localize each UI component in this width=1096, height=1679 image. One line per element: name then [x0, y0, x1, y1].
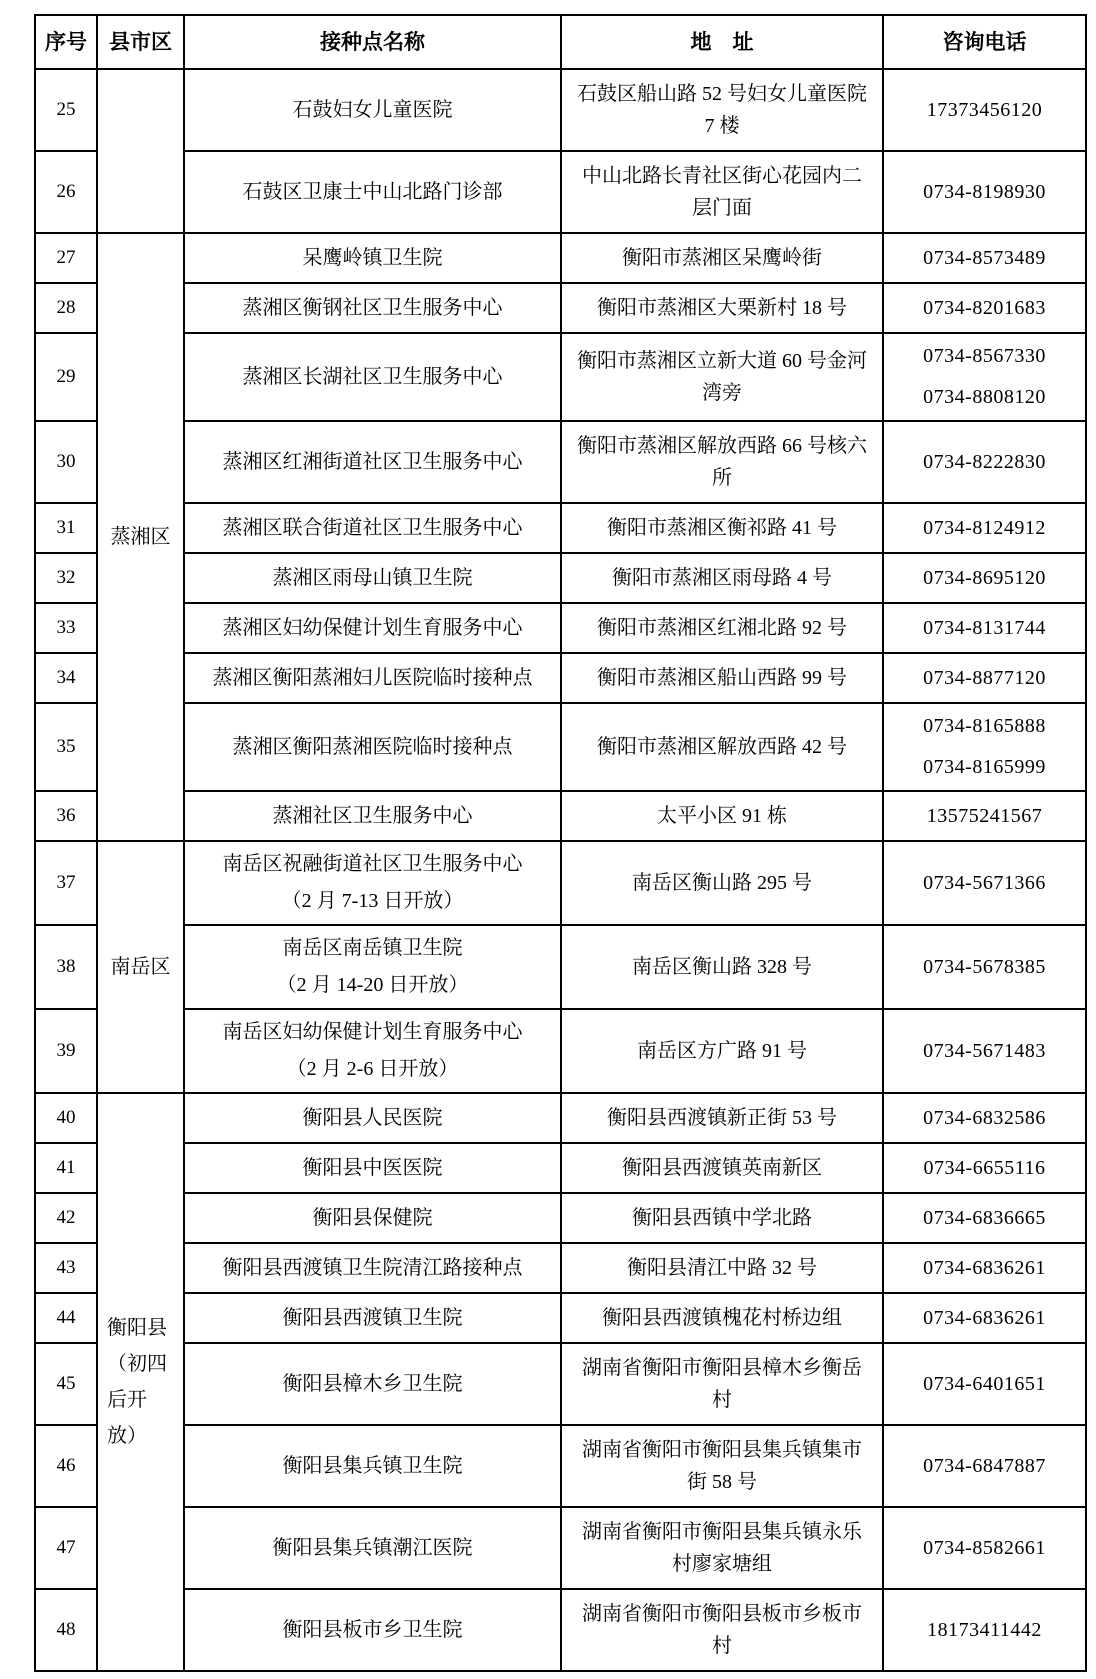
phone-number: 0734-5671366	[888, 869, 1081, 898]
vaccination-sites-table: 序号县市区接种点名称地 址咨询电话 25石鼓妇女儿童医院石鼓区船山路 52 号妇…	[34, 14, 1087, 1672]
county-cell: 蒸湘区	[97, 233, 184, 841]
phone-cell: 0734-8877120	[883, 653, 1086, 703]
row-number-cell: 27	[35, 233, 97, 283]
county-label-line: （初四	[107, 1346, 181, 1382]
site-name-cell: 蒸湘区联合街道社区卫生服务中心	[184, 503, 561, 553]
row-number-cell: 42	[35, 1193, 97, 1243]
site-name-cell: 衡阳县西渡镇卫生院	[184, 1293, 561, 1343]
site-name-line: 蒸湘区妇幼保健计划生育服务中心	[189, 614, 556, 643]
column-header-3: 地 址	[561, 15, 883, 69]
address-cell: 衡阳县西渡镇槐花村桥边组	[561, 1293, 883, 1343]
phone-number: 0734-6401651	[888, 1370, 1081, 1399]
site-name-line: 蒸湘区衡阳蒸湘妇儿医院临时接种点	[189, 664, 556, 693]
address-cell: 湖南省衡阳市衡阳县集兵镇集市街 58 号	[561, 1425, 883, 1507]
site-name-line: 蒸湘区联合街道社区卫生服务中心	[189, 514, 556, 543]
site-name-cell: 石鼓区卫康士中山北路门诊部	[184, 151, 561, 233]
row-number-cell: 43	[35, 1243, 97, 1293]
phone-number: 0734-8198930	[888, 178, 1081, 207]
phone-cell: 0734-8201683	[883, 283, 1086, 333]
column-header-2: 接种点名称	[184, 15, 561, 69]
phone-number: 0734-6847887	[888, 1452, 1081, 1481]
site-name-cell: 蒸湘区衡钢社区卫生服务中心	[184, 283, 561, 333]
address-cell: 衡阳市蒸湘区立新大道 60 号金河湾旁	[561, 333, 883, 421]
address-cell: 衡阳县西镇中学北路	[561, 1193, 883, 1243]
row-number-cell: 37	[35, 841, 97, 925]
table-row: 48衡阳县板市乡卫生院湖南省衡阳市衡阳县板市乡板市村18173411442	[35, 1589, 1086, 1671]
row-number-cell: 45	[35, 1343, 97, 1425]
address-cell: 衡阳市蒸湘区解放西路 42 号	[561, 703, 883, 791]
site-name-cell: 南岳区妇幼保健计划生育服务中心（2 月 2-6 日开放）	[184, 1009, 561, 1093]
site-name-line: 石鼓区卫康士中山北路门诊部	[189, 178, 556, 207]
table-row: 28蒸湘区衡钢社区卫生服务中心衡阳市蒸湘区大栗新村 18 号0734-82016…	[35, 283, 1086, 333]
phone-number: 0734-5678385	[888, 953, 1081, 982]
site-name-cell: 蒸湘社区卫生服务中心	[184, 791, 561, 841]
row-number-cell: 28	[35, 283, 97, 333]
phone-number: 0734-6836665	[888, 1204, 1081, 1233]
site-name-line: 南岳区祝融街道社区卫生服务中心	[189, 850, 556, 879]
row-number-cell: 25	[35, 69, 97, 151]
site-name-line: 衡阳县中医医院	[189, 1154, 556, 1183]
site-name-line: 南岳区南岳镇卫生院	[189, 934, 556, 963]
table-row: 44衡阳县西渡镇卫生院衡阳县西渡镇槐花村桥边组0734-6836261	[35, 1293, 1086, 1343]
site-name-line: 衡阳县人民医院	[189, 1104, 556, 1133]
table-row: 31蒸湘区联合街道社区卫生服务中心衡阳市蒸湘区衡祁路 41 号0734-8124…	[35, 503, 1086, 553]
table-row: 40衡阳县（初四后开放）衡阳县人民医院衡阳县西渡镇新正街 53 号0734-68…	[35, 1093, 1086, 1143]
phone-cell: 0734-8124912	[883, 503, 1086, 553]
phone-cell: 17373456120	[883, 69, 1086, 151]
table-body: 25石鼓妇女儿童医院石鼓区船山路 52 号妇女儿童医院 7 楼173734561…	[35, 69, 1086, 1671]
row-number-cell: 31	[35, 503, 97, 553]
table-row: 26石鼓区卫康士中山北路门诊部中山北路长青社区街心花园内二层门面0734-819…	[35, 151, 1086, 233]
site-name-line: （2 月 14-20 日开放）	[189, 971, 556, 1000]
table-row: 29蒸湘区长湖社区卫生服务中心衡阳市蒸湘区立新大道 60 号金河湾旁0734-8…	[35, 333, 1086, 421]
site-name-cell: 衡阳县樟木乡卫生院	[184, 1343, 561, 1425]
table-row: 27蒸湘区呆鹰岭镇卫生院衡阳市蒸湘区呆鹰岭街0734-8573489	[35, 233, 1086, 283]
table-row: 46衡阳县集兵镇卫生院湖南省衡阳市衡阳县集兵镇集市街 58 号0734-6847…	[35, 1425, 1086, 1507]
county-cell: 衡阳县（初四后开放）	[97, 1093, 184, 1671]
site-name-line: 衡阳县西渡镇卫生院	[189, 1304, 556, 1333]
address-cell: 衡阳县西渡镇英南新区	[561, 1143, 883, 1193]
address-cell: 湖南省衡阳市衡阳县集兵镇永乐村廖家塘组	[561, 1507, 883, 1589]
address-cell: 湖南省衡阳市衡阳县板市乡板市村	[561, 1589, 883, 1671]
address-cell: 南岳区衡山路 328 号	[561, 925, 883, 1009]
site-name-line: 衡阳县板市乡卫生院	[189, 1616, 556, 1645]
phone-cell: 0734-6401651	[883, 1343, 1086, 1425]
table-row: 32蒸湘区雨母山镇卫生院衡阳市蒸湘区雨母路 4 号0734-8695120	[35, 553, 1086, 603]
table-row: 39南岳区妇幼保健计划生育服务中心（2 月 2-6 日开放）南岳区方广路 91 …	[35, 1009, 1086, 1093]
phone-number: 0734-6832586	[888, 1104, 1081, 1133]
row-number-cell: 39	[35, 1009, 97, 1093]
site-name-cell: 蒸湘区红湘街道社区卫生服务中心	[184, 421, 561, 503]
address-cell: 中山北路长青社区街心花园内二层门面	[561, 151, 883, 233]
row-number-cell: 41	[35, 1143, 97, 1193]
site-name-line: 衡阳县集兵镇潮江医院	[189, 1534, 556, 1563]
phone-cell: 0734-8198930	[883, 151, 1086, 233]
site-name-cell: 南岳区南岳镇卫生院（2 月 14-20 日开放）	[184, 925, 561, 1009]
phone-cell: 13575241567	[883, 791, 1086, 841]
phone-number: 0734-8165888	[888, 712, 1081, 741]
address-cell: 衡阳市蒸湘区红湘北路 92 号	[561, 603, 883, 653]
site-name-cell: 衡阳县中医医院	[184, 1143, 561, 1193]
address-cell: 南岳区衡山路 295 号	[561, 841, 883, 925]
row-number-cell: 30	[35, 421, 97, 503]
county-label-line: 放）	[107, 1418, 181, 1454]
phone-number: 0734-8131744	[888, 614, 1081, 643]
table-row: 34蒸湘区衡阳蒸湘妇儿医院临时接种点衡阳市蒸湘区船山西路 99 号0734-88…	[35, 653, 1086, 703]
phone-number: 0734-8573489	[888, 244, 1081, 273]
phone-number: 0734-6655116	[888, 1154, 1081, 1183]
phone-number: 0734-8567330	[888, 342, 1081, 371]
site-name-cell: 蒸湘区衡阳蒸湘妇儿医院临时接种点	[184, 653, 561, 703]
phone-cell: 0734-5678385	[883, 925, 1086, 1009]
address-cell: 衡阳市蒸湘区衡祁路 41 号	[561, 503, 883, 553]
site-name-cell: 蒸湘区妇幼保健计划生育服务中心	[184, 603, 561, 653]
document-page: 序号县市区接种点名称地 址咨询电话 25石鼓妇女儿童医院石鼓区船山路 52 号妇…	[0, 0, 1096, 1679]
address-cell: 衡阳市蒸湘区呆鹰岭街	[561, 233, 883, 283]
column-header-0: 序号	[35, 15, 97, 69]
site-name-cell: 呆鹰岭镇卫生院	[184, 233, 561, 283]
county-label-line: 衡阳县	[107, 1310, 181, 1346]
phone-number: 0734-8222830	[888, 448, 1081, 477]
phone-number: 0734-6836261	[888, 1304, 1081, 1333]
address-cell: 湖南省衡阳市衡阳县樟木乡衡岳村	[561, 1343, 883, 1425]
site-name-line: 衡阳县保健院	[189, 1204, 556, 1233]
site-name-line: 蒸湘区衡钢社区卫生服务中心	[189, 294, 556, 323]
table-row: 37南岳区南岳区祝融街道社区卫生服务中心（2 月 7-13 日开放）南岳区衡山路…	[35, 841, 1086, 925]
row-number-cell: 40	[35, 1093, 97, 1143]
site-name-cell: 衡阳县集兵镇潮江医院	[184, 1507, 561, 1589]
row-number-cell: 46	[35, 1425, 97, 1507]
address-cell: 衡阳市蒸湘区船山西路 99 号	[561, 653, 883, 703]
site-name-line: 蒸湘区红湘街道社区卫生服务中心	[189, 448, 556, 477]
phone-cell: 0734-8573489	[883, 233, 1086, 283]
phone-cell: 0734-8695120	[883, 553, 1086, 603]
phone-cell: 0734-8222830	[883, 421, 1086, 503]
phone-cell: 0734-6847887	[883, 1425, 1086, 1507]
site-name-line: 衡阳县集兵镇卫生院	[189, 1452, 556, 1481]
row-number-cell: 33	[35, 603, 97, 653]
site-name-line: （2 月 2-6 日开放）	[189, 1055, 556, 1084]
site-name-cell: 衡阳县板市乡卫生院	[184, 1589, 561, 1671]
county-cell: 南岳区	[97, 841, 184, 1093]
site-name-cell: 衡阳县人民医院	[184, 1093, 561, 1143]
row-number-cell: 35	[35, 703, 97, 791]
site-name-line: 蒸湘区衡阳蒸湘医院临时接种点	[189, 733, 556, 762]
row-number-cell: 47	[35, 1507, 97, 1589]
row-number-cell: 26	[35, 151, 97, 233]
phone-cell: 0734-8582661	[883, 1507, 1086, 1589]
site-name-cell: 南岳区祝融街道社区卫生服务中心（2 月 7-13 日开放）	[184, 841, 561, 925]
phone-number: 0734-8877120	[888, 664, 1081, 693]
table-row: 41衡阳县中医医院衡阳县西渡镇英南新区0734-6655116	[35, 1143, 1086, 1193]
table-row: 25石鼓妇女儿童医院石鼓区船山路 52 号妇女儿童医院 7 楼173734561…	[35, 69, 1086, 151]
phone-cell: 0734-6655116	[883, 1143, 1086, 1193]
table-row: 47衡阳县集兵镇潮江医院湖南省衡阳市衡阳县集兵镇永乐村廖家塘组0734-8582…	[35, 1507, 1086, 1589]
address-cell: 衡阳市蒸湘区解放西路 66 号核六所	[561, 421, 883, 503]
phone-cell: 0734-81658880734-8165999	[883, 703, 1086, 791]
row-number-cell: 48	[35, 1589, 97, 1671]
table-row: 43衡阳县西渡镇卫生院清江路接种点衡阳县清江中路 32 号0734-683626…	[35, 1243, 1086, 1293]
row-number-cell: 34	[35, 653, 97, 703]
row-number-cell: 32	[35, 553, 97, 603]
county-label-line: 南岳区	[104, 953, 177, 982]
site-name-line: 蒸湘区长湖社区卫生服务中心	[189, 363, 556, 392]
site-name-line: 衡阳县西渡镇卫生院清江路接种点	[189, 1254, 556, 1283]
address-cell: 衡阳市蒸湘区大栗新村 18 号	[561, 283, 883, 333]
site-name-cell: 衡阳县西渡镇卫生院清江路接种点	[184, 1243, 561, 1293]
site-name-line: （2 月 7-13 日开放）	[189, 887, 556, 916]
phone-cell: 0734-8131744	[883, 603, 1086, 653]
phone-cell: 0734-6836261	[883, 1243, 1086, 1293]
table-row: 38南岳区南岳镇卫生院（2 月 14-20 日开放）南岳区衡山路 328 号07…	[35, 925, 1086, 1009]
phone-number: 0734-6836261	[888, 1254, 1081, 1283]
site-name-line: 蒸湘社区卫生服务中心	[189, 802, 556, 831]
phone-number: 0734-8124912	[888, 514, 1081, 543]
site-name-line: 南岳区妇幼保健计划生育服务中心	[189, 1018, 556, 1047]
site-name-line: 衡阳县樟木乡卫生院	[189, 1370, 556, 1399]
table-row: 30蒸湘区红湘街道社区卫生服务中心衡阳市蒸湘区解放西路 66 号核六所0734-…	[35, 421, 1086, 503]
table-row: 45衡阳县樟木乡卫生院湖南省衡阳市衡阳县樟木乡衡岳村0734-6401651	[35, 1343, 1086, 1425]
phone-cell: 0734-6836665	[883, 1193, 1086, 1243]
site-name-cell: 衡阳县保健院	[184, 1193, 561, 1243]
site-name-line: 呆鹰岭镇卫生院	[189, 244, 556, 273]
site-name-cell: 蒸湘区衡阳蒸湘医院临时接种点	[184, 703, 561, 791]
phone-number: 0734-8808120	[888, 383, 1081, 412]
phone-number: 17373456120	[888, 96, 1081, 125]
column-header-4: 咨询电话	[883, 15, 1086, 69]
phone-cell: 0734-6832586	[883, 1093, 1086, 1143]
table-row: 35蒸湘区衡阳蒸湘医院临时接种点衡阳市蒸湘区解放西路 42 号0734-8165…	[35, 703, 1086, 791]
table-row: 42衡阳县保健院衡阳县西镇中学北路0734-6836665	[35, 1193, 1086, 1243]
address-cell: 衡阳县清江中路 32 号	[561, 1243, 883, 1293]
phone-cell: 0734-85673300734-8808120	[883, 333, 1086, 421]
site-name-line: 石鼓妇女儿童医院	[189, 96, 556, 125]
phone-cell: 0734-5671483	[883, 1009, 1086, 1093]
site-name-line: 蒸湘区雨母山镇卫生院	[189, 564, 556, 593]
header-row: 序号县市区接种点名称地 址咨询电话	[35, 15, 1086, 69]
address-cell: 太平小区 91 栋	[561, 791, 883, 841]
phone-number: 13575241567	[888, 802, 1081, 831]
site-name-cell: 石鼓妇女儿童医院	[184, 69, 561, 151]
site-name-cell: 衡阳县集兵镇卫生院	[184, 1425, 561, 1507]
phone-cell: 18173411442	[883, 1589, 1086, 1671]
phone-number: 0734-5671483	[888, 1037, 1081, 1066]
row-number-cell: 44	[35, 1293, 97, 1343]
column-header-1: 县市区	[97, 15, 184, 69]
phone-cell: 0734-6836261	[883, 1293, 1086, 1343]
row-number-cell: 29	[35, 333, 97, 421]
phone-number: 0734-8201683	[888, 294, 1081, 323]
phone-number: 0734-8582661	[888, 1534, 1081, 1563]
address-cell: 衡阳县西渡镇新正街 53 号	[561, 1093, 883, 1143]
phone-number: 18173411442	[888, 1616, 1081, 1645]
address-cell: 南岳区方广路 91 号	[561, 1009, 883, 1093]
row-number-cell: 36	[35, 791, 97, 841]
row-number-cell: 38	[35, 925, 97, 1009]
phone-cell: 0734-5671366	[883, 841, 1086, 925]
county-label-line: 后开	[107, 1382, 181, 1418]
address-cell: 石鼓区船山路 52 号妇女儿童医院 7 楼	[561, 69, 883, 151]
site-name-cell: 蒸湘区长湖社区卫生服务中心	[184, 333, 561, 421]
phone-number: 0734-8695120	[888, 564, 1081, 593]
table-row: 36蒸湘社区卫生服务中心太平小区 91 栋13575241567	[35, 791, 1086, 841]
phone-number: 0734-8165999	[888, 753, 1081, 782]
county-label-line: 蒸湘区	[104, 523, 177, 552]
site-name-cell: 蒸湘区雨母山镇卫生院	[184, 553, 561, 603]
county-cell	[97, 69, 184, 233]
address-cell: 衡阳市蒸湘区雨母路 4 号	[561, 553, 883, 603]
table-row: 33蒸湘区妇幼保健计划生育服务中心衡阳市蒸湘区红湘北路 92 号0734-813…	[35, 603, 1086, 653]
